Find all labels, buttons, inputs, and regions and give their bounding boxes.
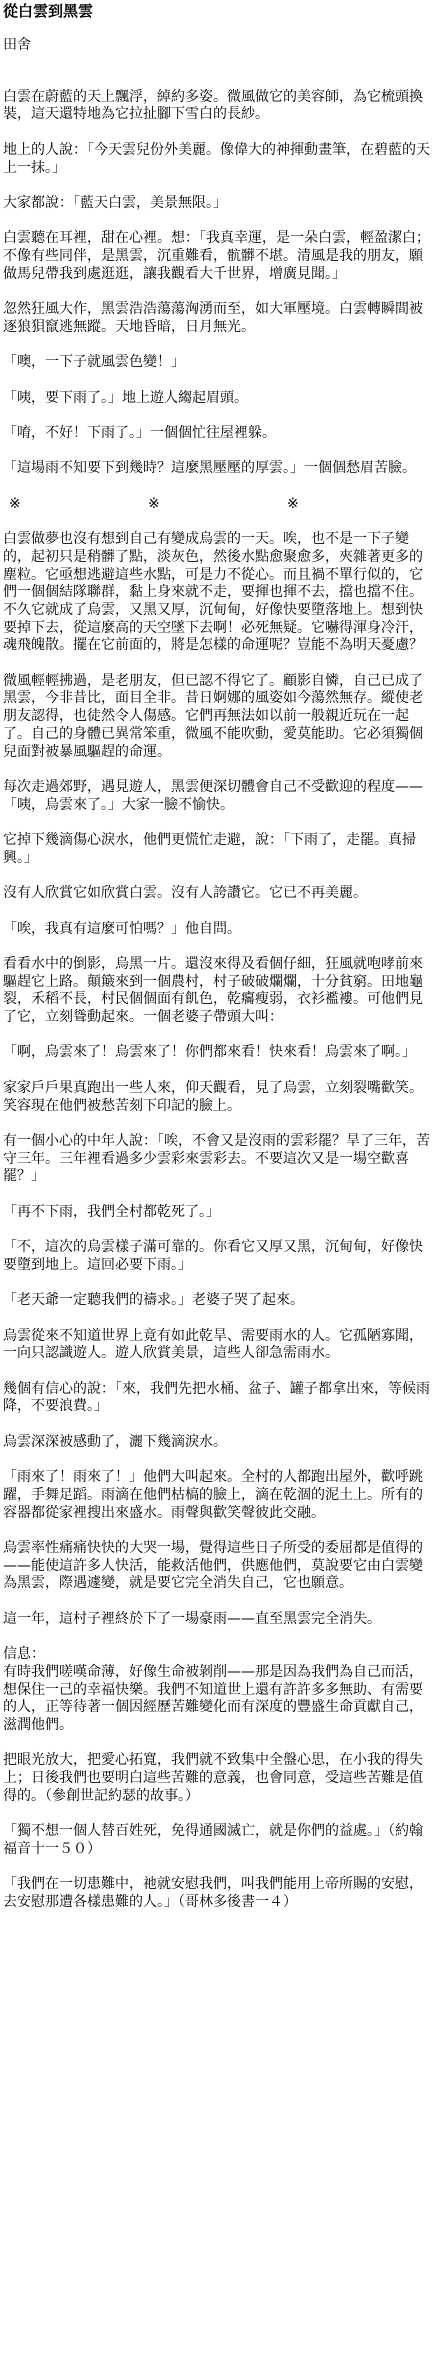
paragraph: 白雲在蔚藍的天上飄浮，綽約多姿。微風做它的美容師，為它梳頭換裝，這天還特地為它拉… xyxy=(3,89,433,124)
paragraph: 這一年，這村子裡終於下了一場豪雨——直至黑雲完全消失。 xyxy=(3,1611,433,1629)
paragraph: 「雨來了！雨來了！」他們大叫起來。全村的人都跑出屋外，歡呼跳躍，手舞足蹈。雨滴在… xyxy=(3,1469,433,1522)
section-separator: ※ ※ ※ xyxy=(3,496,433,514)
message-label: 信息： xyxy=(3,1646,433,1664)
article: 從白雲到黑雲 田舍 白雲在蔚藍的天上飄浮，綽約多姿。微風做它的美容師，為它梳頭換… xyxy=(0,0,435,1937)
paragraph: 看看水中的倒影，烏黑一片。還沒來得及看個仔細，狂風就咆哮前來驅趕它上路。顛簸來到… xyxy=(3,956,433,1027)
paragraph: 烏雲從來不知道世界上竟有如此乾旱、需要雨水的人。它孤陋寡聞，一向只認識遊人。遊人… xyxy=(3,1328,433,1363)
separator-mark: ※ xyxy=(287,496,426,514)
paragraph: 幾個有信心的說：「來，我們先把水桶、盆子、罐子都拿出來，等候雨降，不要浪費。」 xyxy=(3,1381,433,1416)
message-body: 有時我們嗟嘆命薄，好像生命被剝削——那是因為我們為自己而活，想保住一己的幸福快樂… xyxy=(3,1664,433,1735)
paragraph: 「老天爺一定聽我們的禱求。」老婆子哭了起來。 xyxy=(3,1292,433,1310)
article-title: 從白雲到黑雲 xyxy=(3,2,433,20)
paragraph: 「唉，我真有這麼可怕嗎？」他自問。 xyxy=(3,921,433,939)
paragraph: 每次走過郊野，遇見遊人，黑雲便深切體會自己不受歡迎的程度—— xyxy=(3,779,433,797)
paragraph: 大家都說：「藍天白雲，美景無限。」 xyxy=(3,195,433,213)
paragraph: 家家戶戶果真跑出一些人來，仰天觀看，見了烏雲，立刻裂嘴歡笑。笑容現在他們被愁苦刻… xyxy=(3,1080,433,1115)
separator-mark: ※ xyxy=(148,496,287,514)
paragraph: 「咦，要下雨了。」地上遊人縐起眉頭。 xyxy=(3,390,433,408)
paragraph: 烏雲深深被感動了，灑下幾滴淚水。 xyxy=(3,1434,433,1452)
paragraph: 微風輕輕拂過，是老朋友，但已認不得它了。顧影自憐，自己已成了黑雲，今非昔比，面目… xyxy=(3,673,433,762)
scripture-quote: 「獨不想一個人替百姓死，免得通國滅亡，就是你們的益處。」（約翰福音十一５０） xyxy=(3,1823,433,1858)
paragraph: 「這場雨不知要下到幾時？這麼黑壓壓的厚雲。」一個個愁眉苦臉。 xyxy=(3,460,433,478)
paragraph: 「唷，不好！下雨了。」一個個忙往屋裡躲。 xyxy=(3,425,433,443)
paragraph: 沒有人欣賞它如欣賞白雲。沒有人誇讚它。它已不再美麗。 xyxy=(3,885,433,903)
article-author: 田舍 xyxy=(3,37,433,55)
scripture-quote: 「我們在一切患難中，祂就安慰我們，叫我們能用上帝所賜的安慰，去安慰那遭各樣患難的… xyxy=(3,1876,433,1911)
paragraph: 「啊，烏雲來了！烏雲來了！你們都來看！快來看！烏雲來了啊。」 xyxy=(3,1044,433,1062)
paragraph: 把眼光放大，把愛心拓寬，我們就不致集中全盤心思，在小我的得失上；日後我們也要明白… xyxy=(3,1752,433,1805)
separator-mark: ※ xyxy=(9,496,148,514)
paragraph: 「噢，一下子就風雲色變！」 xyxy=(3,354,433,372)
paragraph: 地上的人說：「今天雲兒份外美麗。像偉大的神揮動畫筆，在碧藍的天上一抹。」 xyxy=(3,142,433,177)
paragraph: 「再不下雨，我們全村都乾死了。」 xyxy=(3,1204,433,1222)
paragraph: 烏雲率性痛痛快快的大哭一場，覺得這些日子所受的委屈都是值得的——能使這許多人快活… xyxy=(3,1540,433,1593)
paragraph: 有一個小心的中年人說：「唉，不會又是沒雨的雲彩罷？旱了三年，苦守三年。三年裡看過… xyxy=(3,1133,433,1186)
spacer xyxy=(3,55,433,89)
paragraph: 它掉下幾滴傷心淚水，他們更慌忙走避，說：「下雨了，走罷。真掃興。」 xyxy=(3,832,433,867)
paragraph: 白雲聽在耳裡，甜在心裡。想：「我真幸運，是一朵白雲，輕盈潔白；不像有些同伴，是黑… xyxy=(3,230,433,283)
paragraph: 「不，這次的烏雲樣子滿可靠的。你看它又厚又黑，沉甸甸，好像快要墮到地上。這回必要… xyxy=(3,1239,433,1274)
paragraph: 忽然狂風大作，黑雲浩浩蕩蕩洶湧而至，如大軍壓境。白雲轉瞬間被逐狼狽竄逃無蹤。天地… xyxy=(3,301,433,336)
paragraph: 白雲做夢也沒有想到自己有變成烏雲的一天。唉，也不是一下子變的，起初只是稍髒了點，… xyxy=(3,531,433,655)
paragraph: 「咦，烏雲來了。」大家一臉不愉快。 xyxy=(3,797,433,815)
